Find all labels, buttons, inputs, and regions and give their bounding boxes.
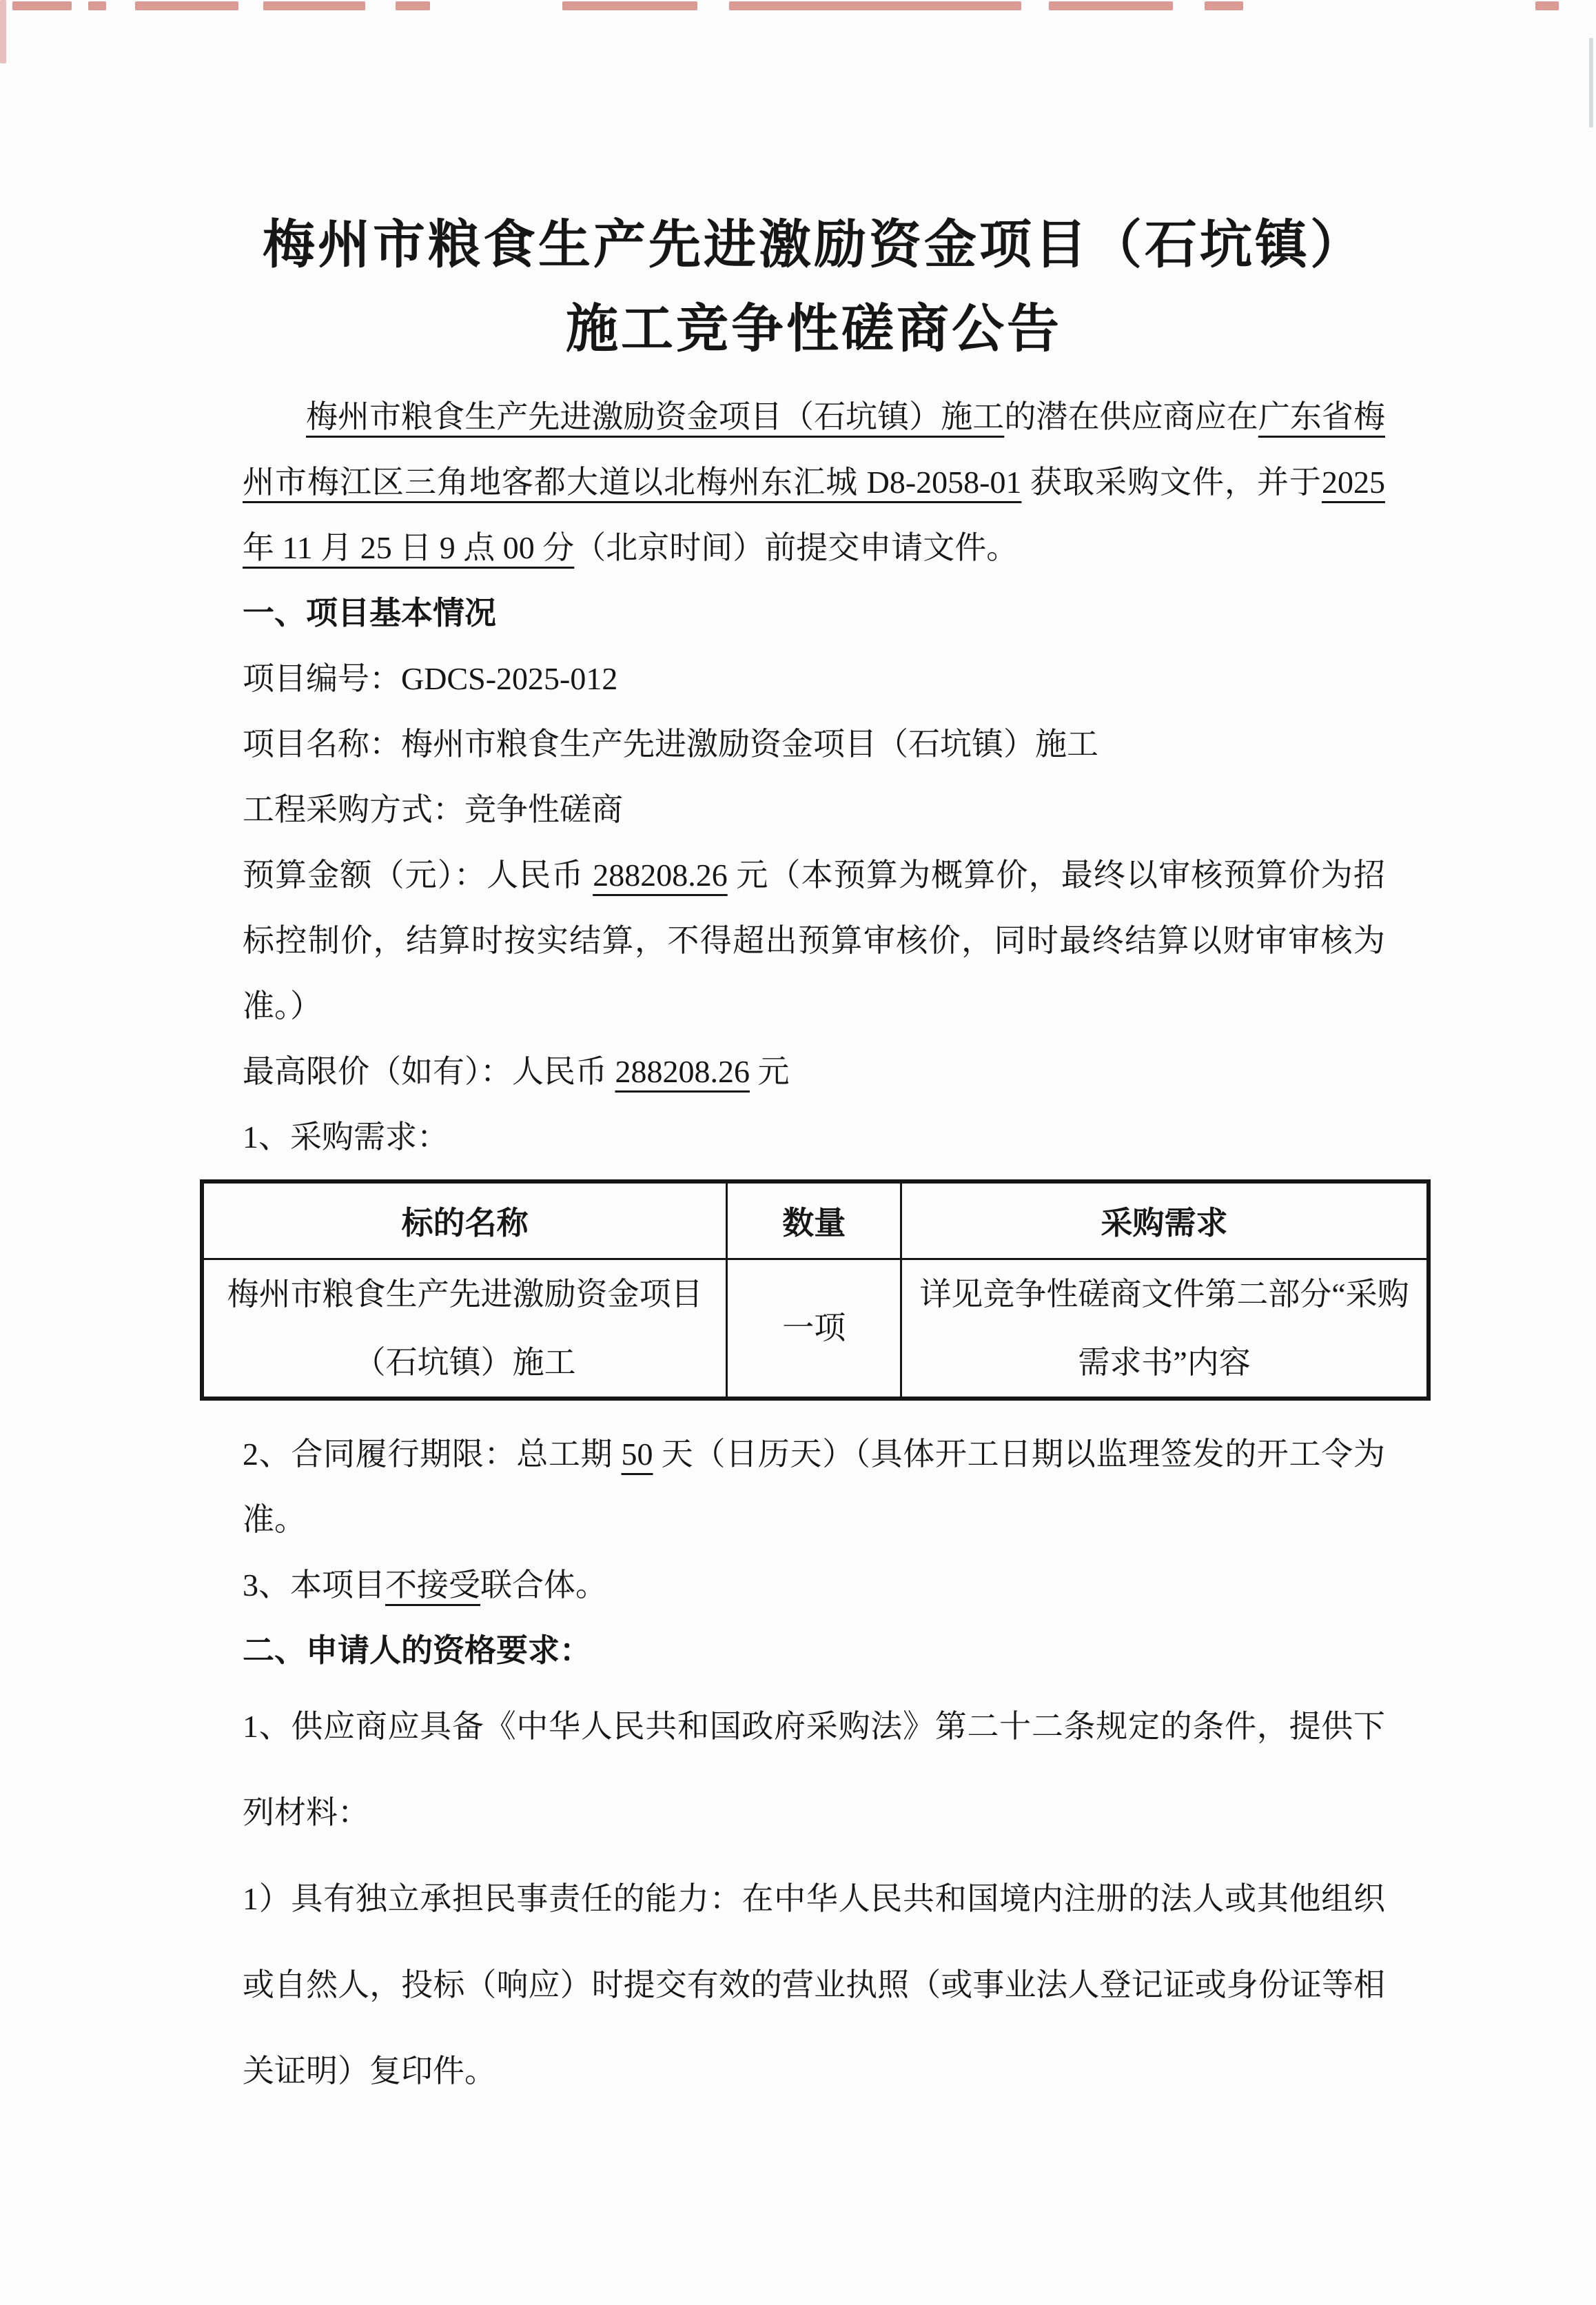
table-cell-requirement: 详见竞争性磋商文件第二部分“采购需求书”内容: [901, 1259, 1429, 1399]
section-basic-info-heading: 一、项目基本情况: [243, 580, 1385, 646]
demand-label-line: 1、采购需求：: [243, 1104, 1385, 1170]
table-header-requirement: 采购需求: [901, 1181, 1429, 1259]
scan-artifact: [0, 0, 6, 63]
budget-prefix: 预算金额（元）：人民币: [243, 857, 593, 893]
table-cell-quantity: 一项: [727, 1259, 901, 1399]
title-line-1: 梅州市粮食生产先进激励资金项目（石坑镇）: [243, 203, 1385, 287]
scan-artifact: [396, 1, 430, 10]
scan-artifact: [562, 1, 697, 10]
project-name-line: 项目名称：梅州市粮食生产先进激励资金项目（石坑镇）施工: [243, 711, 1385, 777]
no-consortium-suffix: 联合体。: [480, 1567, 607, 1603]
scan-artifact: [12, 1, 72, 10]
budget-amount: 288208.26: [593, 857, 728, 893]
budget-line: 预算金额（元）：人民币 288208.26 元（本预算为概算价，最终以审核预算价…: [243, 842, 1385, 1039]
contract-period-line: 2、合同履行期限：总工期 50 天（日历天）（具体开工日期以监理签发的开工令为准…: [243, 1421, 1385, 1552]
scan-artifact: [263, 1, 365, 10]
contract-period-prefix: 2、合同履行期限：总工期: [243, 1436, 622, 1472]
max-price-suffix: 元: [750, 1054, 790, 1089]
table-header-quantity: 数量: [727, 1181, 901, 1259]
contract-period-days: 50: [622, 1436, 653, 1472]
scan-artifact: [729, 1, 1021, 10]
document-title: 梅州市粮食生产先进激励资金项目（石坑镇） 施工竞争性磋商公告: [243, 203, 1385, 372]
procurement-demand-table: 标的名称 数量 采购需求 梅州市粮食生产先进激励资金项目（石坑镇）施工 一项 详…: [200, 1179, 1431, 1401]
project-number-line: 项目编号：GDCS-2025-012: [243, 646, 1385, 711]
intro-tail: （北京时间）前提交申请文件。: [574, 530, 1018, 565]
title-line-2: 施工竞争性磋商公告: [243, 287, 1385, 372]
qualification-item-1-1: 1）具有独立承担民事责任的能力：在中华人民共和国境内注册的法人或其他组织或自然人…: [243, 1856, 1385, 2114]
no-consortium-prefix: 3、本项目: [243, 1567, 385, 1603]
qualification-item-1: 1、供应商应具备《中华人民共和国政府采购法》第二十二条规定的条件，提供下列材料：: [243, 1683, 1385, 1856]
intro-paragraph: 梅州市粮食生产先进激励资金项目（石坑镇）施工的潜在供应商应在广东省梅州市梅江区三…: [243, 384, 1385, 580]
scan-artifact: [88, 1, 106, 10]
scan-artifact: [1589, 38, 1593, 128]
section-qualification-heading: 二、申请人的资格要求：: [243, 1618, 1385, 1683]
table-header-row: 标的名称 数量 采购需求: [202, 1181, 1429, 1259]
table-cell-name: 梅州市粮食生产先进激励资金项目（石坑镇）施工: [202, 1259, 727, 1399]
procurement-method-line: 工程采购方式：竞争性磋商: [243, 777, 1385, 842]
document-page: 梅州市粮食生产先进激励资金项目（石坑镇） 施工竞争性磋商公告 梅州市粮食生产先进…: [0, 0, 1596, 2305]
max-price-line: 最高限价（如有）：人民币 288208.26 元: [243, 1039, 1385, 1104]
max-price-prefix: 最高限价（如有）：人民币: [243, 1054, 615, 1089]
intro-mid2: 获取采购文件，并于: [1021, 465, 1322, 500]
table-row: 梅州市粮食生产先进激励资金项目（石坑镇）施工 一项 详见竞争性磋商文件第二部分“…: [202, 1259, 1429, 1399]
scan-artifact: [1535, 1, 1559, 10]
intro-project-name: 梅州市粮食生产先进激励资金项目（石坑镇）施工: [306, 399, 1004, 434]
scan-artifact: [1205, 1, 1243, 10]
no-consortium-line: 3、本项目不接受联合体。: [243, 1552, 1385, 1618]
intro-mid1: 的潜在供应商应在: [1004, 399, 1258, 434]
scan-artifact: [135, 1, 238, 10]
scan-artifact: [1049, 1, 1173, 10]
table-header-name: 标的名称: [202, 1181, 727, 1259]
no-consortium-underlined: 不接受: [385, 1567, 480, 1603]
max-price-amount: 288208.26: [615, 1054, 750, 1089]
